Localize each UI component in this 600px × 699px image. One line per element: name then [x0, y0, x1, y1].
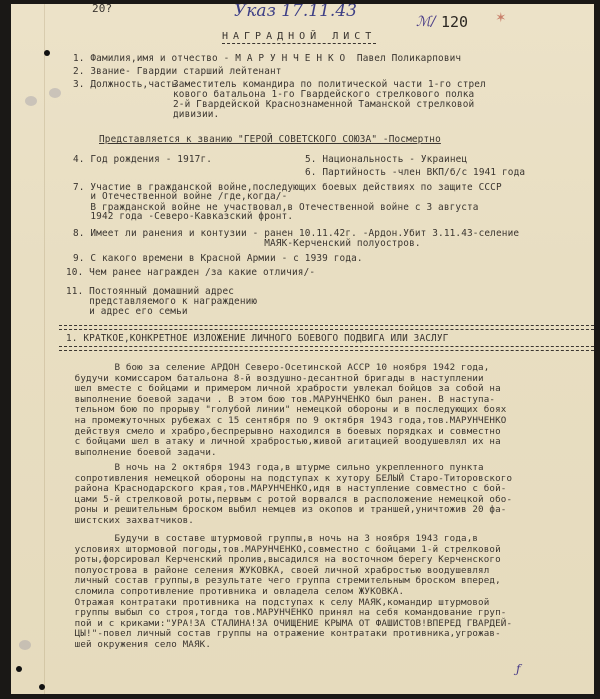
paragraph-line: шей окружения село МАЯК.	[69, 640, 211, 651]
paragraph-line: шистских захватчиков.	[69, 516, 194, 527]
paragraph-line: Будучи в составе штурмовой группы,в ночь…	[69, 534, 478, 545]
field-address: и адрес его семьи	[66, 307, 188, 317]
document-title: НАГРАДНОЙ ЛИСТ	[222, 31, 376, 44]
star-mark-icon: ✶	[496, 7, 506, 26]
punch-hole	[39, 684, 45, 690]
paragraph-line: В ночь на 2 октября 1943 года,в штурме с…	[69, 463, 484, 474]
field-party: 6. Партийность -член ВКП/б/с 1941 года	[305, 168, 525, 178]
paper-fold	[44, 4, 45, 694]
field-birth-year: 4. Год рождения - 1917г.	[73, 155, 212, 165]
punch-hole	[44, 50, 50, 56]
field-participation: 1942 года -Северо-Кавказский фронт.	[73, 212, 293, 222]
paragraph-line: сломила сопротивление противника и овлад…	[69, 587, 404, 598]
paragraph-line: выполнение боевой задачи.	[69, 448, 217, 459]
field-rank: 2. Звание- Гвардии старший лейтенант	[73, 67, 282, 77]
field-army-since: 9. С какого времени в Красной Армии - с …	[73, 254, 363, 264]
field-participation: и Отечественной войне /где,когда/-	[73, 192, 287, 202]
divider	[59, 325, 594, 330]
signature-mark: ƒ	[516, 662, 520, 676]
ink-stain	[25, 96, 37, 106]
paragraph-line: на промежуточных рубежах с 15 сентября п…	[69, 416, 506, 427]
ink-stain	[49, 88, 61, 98]
field-nationality: 5. Национальность - Украинец	[305, 155, 467, 165]
handwritten-decree: Указ 17.11.43	[234, 4, 357, 21]
field-position-line: дивизии.	[173, 110, 219, 120]
field-name: 1. Фамилия,имя и отчество - М А Р У Н Ч …	[73, 54, 461, 64]
paragraph-line: В бою за селение АРДОН Северо-Осетинской…	[69, 363, 489, 374]
punch-hole	[16, 666, 22, 672]
field-wounds: МАЯК-Керченский полуостров.	[73, 239, 421, 249]
field-previous-awards: 10. Чем ранее награжден /за какие отличи…	[66, 268, 315, 278]
award-sheet: 20? Указ 17.11.43 ℳ/ 120 ✶ НАГРАДНОЙ ЛИС…	[11, 4, 594, 694]
section-heading: 1. КРАТКОЕ,КОНКРЕТНОЕ ИЗЛОЖЕНИЕ ЛИЧНОГО …	[66, 334, 448, 344]
signature-scribble: ℳ/	[416, 14, 436, 30]
divider	[59, 346, 594, 351]
corner-number: 20?	[92, 4, 112, 14]
field-position-label: 3. Должность,часть -	[73, 80, 189, 90]
page-number: 120	[441, 13, 468, 31]
presented-for-title: Представляется к званию "ГЕРОЙ СОВЕТСКОГ…	[99, 135, 441, 145]
ink-stain	[19, 640, 31, 650]
